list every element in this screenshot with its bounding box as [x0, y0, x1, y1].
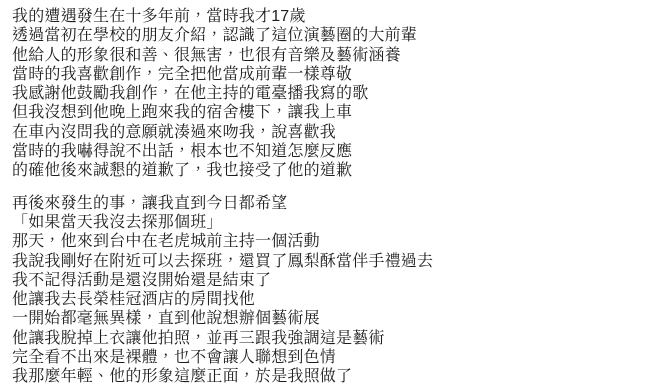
text-line: 我那麼年輕、他的形象這麼正面，於是我照做了 [12, 367, 649, 386]
text-line: 在車內沒問我的意願就湊過來吻我，說喜歡我 [12, 123, 649, 142]
text-line: 完全看不出來是裸體，也不會讓人聯想到色情 [12, 348, 649, 367]
text-line: 「如果當天我沒去探那個班」 [12, 213, 649, 232]
text-line: 我說我剛好在附近可以去探班，還買了鳳梨酥當伴手禮過去 [12, 252, 649, 271]
paragraph-1: 我的遭遇發生在十多年前，當時我才17歲 透過當初在學校的朋友介紹，認識了這位演藝… [12, 7, 649, 181]
text-line: 我不記得活動是還沒開始還是結束了 [12, 271, 649, 290]
text-line: 但我沒想到他晚上跑來我的宿舍樓下，讓我上車 [12, 103, 649, 122]
text-line: 的確他後來誠懇的道歉了，我也接受了他的道歉 [12, 161, 649, 180]
statement-text: 我的遭遇發生在十多年前，當時我才17歲 透過當初在學校的朋友介紹，認識了這位演藝… [0, 0, 659, 386]
text-line: 透過當初在學校的朋友介紹，認識了這位演藝圈的大前輩 [12, 26, 649, 45]
text-line: 那天，他來到台中在老虎城前主持一個活動 [12, 232, 649, 251]
text-line: 他讓我脫掉上衣讓他拍照，並再三跟我強調這是藝術 [12, 329, 649, 348]
text-line: 他讓我去長榮桂冠酒店的房間找他 [12, 290, 649, 309]
text-line: 他給人的形象很和善、很無害，也很有音樂及藝術涵養 [12, 46, 649, 65]
text-line: 當時的我喜歡創作，完全把他當成前輩一樣尊敬 [12, 65, 649, 84]
text-line: 我的遭遇發生在十多年前，當時我才17歲 [12, 7, 649, 26]
text-line: 我感謝他鼓勵我創作，在他主持的電臺播我寫的歌 [12, 84, 649, 103]
text-line: 當時的我嚇得說不出話，根本也不知道怎麼反應 [12, 142, 649, 161]
paragraph-2: 再後來發生的事，讓我直到今日都希望 「如果當天我沒去探那個班」 那天，他來到台中… [12, 194, 649, 386]
text-line: 一開始都毫無異樣，直到他說想辦個藝術展 [12, 309, 649, 328]
screenshot-page: 我的遭遇發生在十多年前，當時我才17歲 透過當初在學校的朋友介紹，認識了這位演藝… [0, 0, 659, 386]
text-line: 再後來發生的事，讓我直到今日都希望 [12, 194, 649, 213]
